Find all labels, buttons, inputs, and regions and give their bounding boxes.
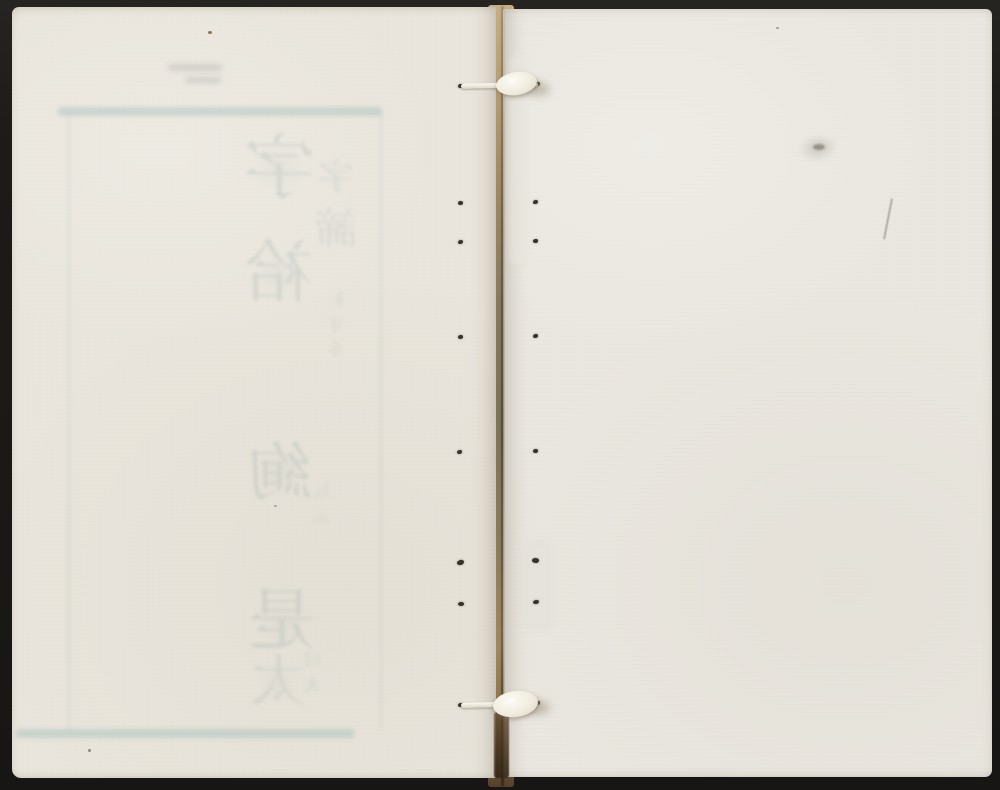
photo-backdrop: 字 袷 絢 是 太 字 諦 衤 寸 彡 辶 灬 口 大	[0, 0, 1000, 790]
ghost-character: 是	[248, 588, 316, 656]
ghost-annotation: 大	[303, 676, 322, 695]
ghost-frame-bottom	[16, 729, 354, 738]
binding-hole	[458, 602, 464, 606]
paper-smudge-core	[813, 144, 825, 150]
ghost-annotation: 彡	[327, 341, 346, 360]
right-page	[503, 9, 992, 777]
ghost-annotation: 口	[303, 651, 322, 670]
left-page: 字 袷 絢 是 太 字 諦 衤 寸 彡 辶 灬 口 大	[12, 7, 496, 778]
ghost-frame-left	[68, 112, 70, 732]
ghost-character: 字	[318, 160, 354, 196]
ghost-annotation: 灬	[312, 506, 331, 525]
paper-scratch	[883, 198, 893, 240]
ghost-frame-top	[58, 107, 382, 116]
ghost-annotation: 寸	[327, 316, 346, 335]
ghost-character: 袷	[245, 240, 313, 308]
paper-speck	[776, 27, 779, 29]
spine-stain	[494, 712, 509, 778]
ghost-character: 太	[250, 655, 306, 711]
paper-speck	[208, 31, 212, 34]
ghost-character: 字	[243, 132, 315, 204]
paper-speck	[274, 505, 277, 507]
ghost-character: 諦	[314, 208, 358, 252]
ghost-annotation: 衤	[327, 291, 346, 310]
ghost-frame-right	[380, 112, 382, 730]
ghost-annotation: 辶	[312, 481, 331, 500]
faint-stamp-showthrough	[168, 64, 222, 71]
gutter-line	[501, 6, 504, 786]
ghost-character: 絢	[248, 442, 312, 506]
worn-patch	[523, 540, 553, 632]
faint-stamp-showthrough	[185, 77, 221, 83]
paper-speck	[88, 749, 91, 752]
